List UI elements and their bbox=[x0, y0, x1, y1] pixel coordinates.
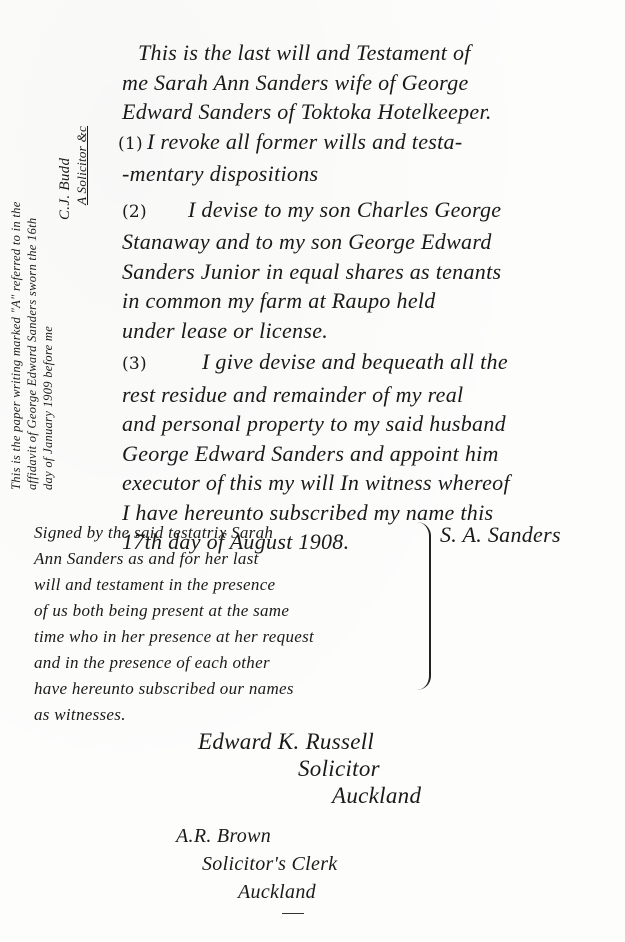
clause-line: I devise to my son Charles George bbox=[188, 197, 501, 222]
will-body: This is the last will and Testament of m… bbox=[122, 38, 622, 557]
body-line: Edward Sanders of Toktoka Hotelkeeper. bbox=[122, 97, 622, 127]
attestation-line: will and testament in the presence bbox=[34, 572, 434, 598]
clause-line: Stanaway and to my son George Edward bbox=[122, 227, 622, 257]
clause-line: executor of this my will In witness wher… bbox=[122, 468, 622, 498]
body-line: me Sarah Ann Sanders wife of George bbox=[122, 68, 622, 98]
attestation-line: time who in her presence at her request bbox=[34, 624, 434, 650]
clause-number: (3) bbox=[122, 350, 202, 380]
attestation-line: and in the presence of each other bbox=[34, 650, 434, 676]
attestation-line: have hereunto subscribed our names bbox=[34, 676, 434, 702]
attestation-line: of us both being present at the same bbox=[34, 598, 434, 624]
witness-place: Auckland bbox=[176, 878, 337, 906]
clause-number: (2) bbox=[122, 198, 188, 228]
attestation-line: Signed by the said testatrix Sarah bbox=[34, 520, 434, 546]
underline-mark bbox=[282, 913, 304, 914]
witness-name: A.R. Brown bbox=[176, 822, 337, 850]
witness-place: Auckland bbox=[198, 782, 421, 809]
body-line: I revoke all former wills and testa- bbox=[147, 129, 463, 154]
attestation-line: Ann Sanders as and for her last bbox=[34, 546, 434, 572]
witness-title: Solicitor's Clerk bbox=[176, 850, 337, 878]
attestation-brace bbox=[415, 522, 431, 690]
attestation-clause: Signed by the said testatrix Sarah Ann S… bbox=[34, 520, 434, 728]
testator-signature: S. A. Sanders bbox=[440, 522, 561, 548]
witness-name: Edward K. Russell bbox=[198, 728, 421, 755]
clause-line: Sanders Junior in equal shares as tenant… bbox=[122, 257, 622, 287]
margin-note-line: day of January 1909 before me bbox=[40, 20, 56, 490]
margin-note-signature: C.J. Budd bbox=[56, 20, 74, 490]
witness-signature-2: A.R. Brown Solicitor's Clerk Auckland bbox=[176, 822, 337, 906]
attestation-line: as witnesses. bbox=[34, 702, 434, 728]
clause-number: (1) bbox=[118, 130, 143, 160]
clause-line: and personal property to my said husband bbox=[122, 409, 622, 439]
clause-line: I give devise and bequeath all the bbox=[202, 349, 508, 374]
margin-note-line: This is the paper writing marked "A" ref… bbox=[8, 20, 24, 490]
margin-note-title: A Solicitor &c bbox=[74, 20, 90, 490]
body-line: -mentary dispositions bbox=[122, 159, 622, 189]
witness-title: Solicitor bbox=[198, 755, 421, 782]
clause-line: rest residue and remainder of my real bbox=[122, 380, 622, 410]
clause-line: George Edward Sanders and appoint him bbox=[122, 439, 622, 469]
clause-line: in common my farm at Raupo held bbox=[122, 286, 622, 316]
witness-signature-1: Edward K. Russell Solicitor Auckland bbox=[198, 728, 421, 809]
will-document-page: This is the paper writing marked "A" ref… bbox=[0, 0, 625, 942]
body-line: This is the last will and Testament of bbox=[122, 38, 622, 68]
margin-affidavit-note: This is the paper writing marked "A" ref… bbox=[8, 20, 90, 490]
clause-line: under lease or license. bbox=[122, 316, 622, 346]
margin-note-line: affidavit of George Edward Sanders sworn… bbox=[24, 20, 40, 490]
